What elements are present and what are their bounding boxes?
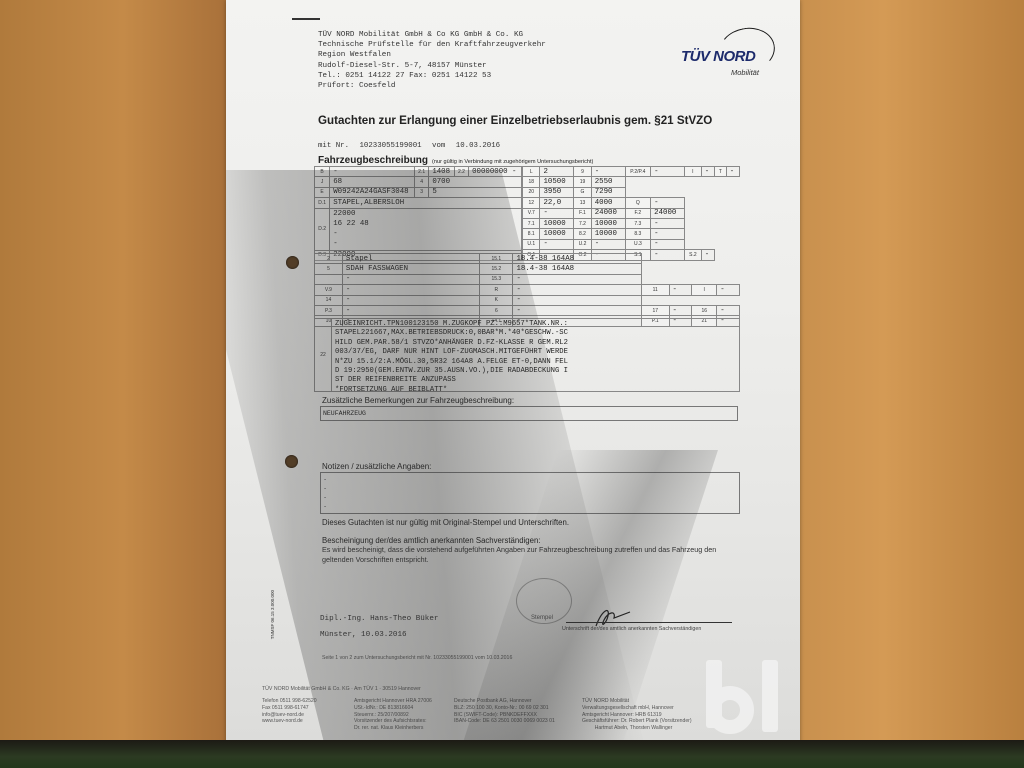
field-value: - <box>540 239 574 249</box>
field-value: 2 <box>540 167 574 177</box>
punch-hole-bottom <box>285 455 298 468</box>
field-key: 15.3 <box>480 274 513 284</box>
field-value: 24000 <box>651 208 685 218</box>
form-code: TNMSF 06.15 3.000.000 <box>270 590 275 639</box>
tuv-nord-logo: TÜV NORD Mobilität <box>679 28 779 80</box>
field-value: 10000 <box>591 218 625 228</box>
field-value: - <box>717 305 740 315</box>
field-key: 15.1 <box>480 254 513 264</box>
notes-line: - <box>324 502 736 511</box>
notes-line: - <box>324 475 736 484</box>
table-row: 14-K- <box>315 295 740 305</box>
field-key: 3 <box>414 187 428 197</box>
field-value: 10000 <box>591 229 625 239</box>
field-value: - <box>342 285 479 295</box>
field-value: STAPEL,ALBERSLOH <box>330 198 522 208</box>
field-value: - <box>651 198 685 208</box>
ref-label: mit Nr. <box>318 142 349 150</box>
field-value: - <box>513 285 642 295</box>
field-key: 12 <box>523 198 540 208</box>
field-key: 2 <box>315 254 343 264</box>
field-value: W09242A24GASF3048 <box>330 187 415 197</box>
field-value: 24000 <box>591 208 625 218</box>
field-value: - <box>342 274 479 284</box>
table-row: L29-P.2/P.4-I-T- <box>523 167 740 177</box>
field-value: - <box>342 295 479 305</box>
table-row: 1810500192550 <box>523 177 740 187</box>
field-value: - <box>669 285 692 295</box>
field-value: 22000 16 22 48 - - <box>330 208 522 250</box>
field-key: 7.1 <box>523 218 540 228</box>
field-value: - <box>591 167 625 177</box>
issuer-line: Technische Prüfstelle für den Kraftfahrz… <box>318 40 546 50</box>
field-value: Stapel <box>342 254 479 264</box>
field-value: 0700 <box>429 177 522 187</box>
field-value: - <box>669 305 692 315</box>
field-value: - <box>342 305 479 315</box>
field-key: V.7 <box>523 208 540 218</box>
signature-place-date: Münster, 10.03.2016 <box>320 631 407 639</box>
table-row: V.9-R-11-I- <box>315 285 740 295</box>
field-key: 9 <box>574 167 591 177</box>
field-key: B <box>315 167 330 177</box>
field-value: - <box>651 167 685 177</box>
logo-brand: TÜV NORD <box>681 48 755 65</box>
vehicle-description-heading: Fahrzeugbeschreibung(nur gültig in Verbi… <box>318 155 593 166</box>
field-key: 2.1 <box>414 167 428 177</box>
field-value: 10500 <box>540 177 574 187</box>
signature-line <box>566 622 732 623</box>
table-row: 7.1100007.2100007.3- <box>523 218 740 228</box>
page-note: Seite 1 von 2 zum Untersuchungsbericht m… <box>322 655 512 661</box>
field-value: 18.4-38 164A8 <box>513 254 642 264</box>
floor-background <box>0 740 1024 768</box>
watermark-logo <box>706 660 786 740</box>
field-key: G <box>574 187 591 197</box>
table-row: V.7-F.124000F.224000 <box>523 208 740 218</box>
stamp-label: Stempel <box>531 615 553 621</box>
section-title: Fahrzeugbeschreibung <box>318 155 428 166</box>
table-row: D.1STAPEL,ALBERSLOH <box>315 198 522 208</box>
field-value: 5 <box>429 187 522 197</box>
official-stamp: Stempel <box>516 578 572 624</box>
field-key: 2.2 <box>454 167 468 177</box>
field-key: 14 <box>315 295 343 305</box>
logo-sub: Mobilität <box>731 68 759 77</box>
table-row: 8.1100008.2100008.3- <box>523 229 740 239</box>
field-value: 7290 <box>591 187 625 197</box>
table-row: U.1-U.2-U.3- <box>523 239 740 249</box>
certification-text: Es wird bescheinigt, dass die vorstehend… <box>322 545 732 564</box>
field-value: - <box>717 285 740 295</box>
table-row: B-2.114082.200000000 - <box>315 167 522 177</box>
watermark-l <box>762 660 778 732</box>
field-key: D.1 <box>315 198 330 208</box>
notes-line: - <box>324 484 736 493</box>
field-value: 10000 <box>540 229 574 239</box>
field-value: 2550 <box>591 177 625 187</box>
vehicle-fields-right: L29-P.2/P.4-I-T-1810500192550203950G7290… <box>522 166 740 261</box>
field-key: 8.1 <box>523 229 540 239</box>
field-value: 18.4-38 164A8 <box>513 264 642 274</box>
field-key: 8.2 <box>574 229 591 239</box>
issuer-line: Prüfort: Coesfeld <box>318 81 546 91</box>
field-value: - <box>513 305 642 315</box>
footer-management: TÜV NORD Mobilität Verwaltungsgesellscha… <box>582 698 692 732</box>
signature-caption: Unterschrift der/des amtlich anerkannten… <box>562 626 701 632</box>
section-subtitle: (nur gültig in Verbindung mit zugehörige… <box>432 159 593 165</box>
document-title: Gutachten zur Erlangung einer Einzelbetr… <box>318 114 712 127</box>
field-key: T <box>715 167 727 177</box>
field-value: - <box>651 229 685 239</box>
field-key: L <box>523 167 540 177</box>
footer-registry: Amtsgericht Hannover HRA 27006 USt.-IdNr… <box>354 698 432 732</box>
table-row: 1222,0134000Q- <box>523 198 740 208</box>
field-key: 13 <box>574 198 591 208</box>
field-key: R <box>480 285 513 295</box>
table-row: -15.3- <box>315 274 740 284</box>
field-key: 6 <box>480 305 513 315</box>
field-value: - <box>651 218 685 228</box>
issuer-line: TÜV NORD Mobilität GmbH & Co KG GmbH & C… <box>318 30 546 40</box>
notes-box: - - - - <box>320 472 740 514</box>
field-value: 00000000 - <box>469 167 522 177</box>
ref-number: 10233055199001 <box>359 142 421 150</box>
field-key: U.1 <box>523 239 540 249</box>
field-key: F.1 <box>574 208 591 218</box>
footer-contact: Telefon 0511 998-62520 Fax 0511 998-6174… <box>262 698 317 725</box>
vehicle-fields-bottom: 2Stapel15.118.4-38 164A85SDAH FASSWAGEN1… <box>314 253 740 327</box>
document-date: 10.03.2016 <box>456 142 500 150</box>
field-value: - <box>513 295 642 305</box>
field-key: I <box>684 167 701 177</box>
field-key: 16 <box>692 305 717 315</box>
watermark-b-bowl <box>706 686 754 734</box>
staple <box>292 18 320 20</box>
document-sheet: TÜV NORD Mobilität GmbH & Co KG GmbH & C… <box>226 0 800 745</box>
field-value: - <box>701 167 714 177</box>
additional-remarks-value: NEUFAHRZEUG <box>320 406 738 421</box>
field-value: SDAH FASSWAGEN <box>342 264 479 274</box>
additional-remarks-label: Zusätzliche Bemerkungen zur Fahrzeugbesc… <box>322 396 514 405</box>
certification-title: Bescheinigung der/des amtlich anerkannte… <box>322 536 540 545</box>
table-row: J6840700 <box>315 177 522 187</box>
footer-bank: Deutsche Postbank AG, Hannover BLZ: 250 … <box>454 698 555 725</box>
field-value: - <box>726 167 739 177</box>
notes-line: - <box>324 493 736 502</box>
punch-hole-top <box>286 256 299 269</box>
field-key: I <box>692 285 717 295</box>
table-row: P.3-6-17-16- <box>315 305 740 315</box>
field-key: 20 <box>523 187 540 197</box>
field-value: 68 <box>330 177 415 187</box>
field-key: 5 <box>315 264 343 274</box>
field-key: 8.3 <box>625 229 651 239</box>
table-row: 2Stapel15.118.4-38 164A8 <box>315 254 740 264</box>
field-key: 7.3 <box>625 218 651 228</box>
field-key: P.2/P.4 <box>625 167 651 177</box>
field-key: E <box>315 187 330 197</box>
field-value: 1408 <box>429 167 454 177</box>
table-row: EW09242A24GASF304835 <box>315 187 522 197</box>
field-key: U.3 <box>625 239 651 249</box>
field-value: 22,0 <box>540 198 574 208</box>
wooden-table-background-right <box>790 0 1024 768</box>
field-key: 19 <box>574 177 591 187</box>
field-key: F.2 <box>625 208 651 218</box>
field-22-key: 22 <box>315 319 332 391</box>
footer-heading: TÜV NORD Mobilität GmbH & Co. KG · Am TÜ… <box>262 686 421 692</box>
field-key: P.3 <box>315 305 343 315</box>
field-22-remarks: 22 ZUGEINRICHT.TPN100123150 M.ZUGKOPF PZ… <box>314 318 740 392</box>
reference-line: mit Nr. 10233055199001 vom 10.03.2016 <box>318 142 506 150</box>
field-key: 18 <box>523 177 540 187</box>
field-key: D.2 <box>315 208 330 250</box>
signer-name: Dipl.-Ing. Hans-Theo Büker <box>320 615 438 623</box>
field-value: - <box>651 239 685 249</box>
field-key: V.9 <box>315 285 343 295</box>
field-value: 10000 <box>540 218 574 228</box>
issuer-line: Tel.: 0251 14122 27 Fax: 0251 14122 53 <box>318 71 546 81</box>
issuer-address: TÜV NORD Mobilität GmbH & Co KG GmbH & C… <box>318 30 546 91</box>
table-row: 203950G7290 <box>523 187 740 197</box>
field-22-text: ZUGEINRICHT.TPN100123150 M.ZUGKOPF PZ.:M… <box>335 320 568 395</box>
field-key: Q <box>625 198 651 208</box>
field-key: 11 <box>641 285 669 295</box>
issuer-line: Region Westfalen <box>318 50 546 60</box>
table-row: D.222000 16 22 48 - - <box>315 208 522 250</box>
issuer-line: Rudolf-Diesel-Str. 5-7, 48157 Münster <box>318 61 546 71</box>
vehicle-fields-left: B-2.114082.200000000 -J6840700EW09242A24… <box>314 166 522 261</box>
field-value: - <box>513 274 642 284</box>
field-value: - <box>540 208 574 218</box>
field-key: 17 <box>641 305 669 315</box>
field-key: K <box>480 295 513 305</box>
field-key: 15.2 <box>480 264 513 274</box>
field-value: - <box>330 167 415 177</box>
validity-note: Dieses Gutachten ist nur gültig mit Orig… <box>322 518 569 527</box>
table-row: 5SDAH FASSWAGEN15.218.4-38 164A8 <box>315 264 740 274</box>
field-key: 4 <box>414 177 428 187</box>
field-key <box>315 274 343 284</box>
notes-label: Notizen / zusätzliche Angaben: <box>322 462 431 471</box>
field-value: 4000 <box>591 198 625 208</box>
field-key: 7.2 <box>574 218 591 228</box>
field-key: U.2 <box>574 239 591 249</box>
date-label: vom <box>432 142 445 150</box>
field-key: J <box>315 177 330 187</box>
field-value: 3950 <box>540 187 574 197</box>
field-value: - <box>591 239 625 249</box>
